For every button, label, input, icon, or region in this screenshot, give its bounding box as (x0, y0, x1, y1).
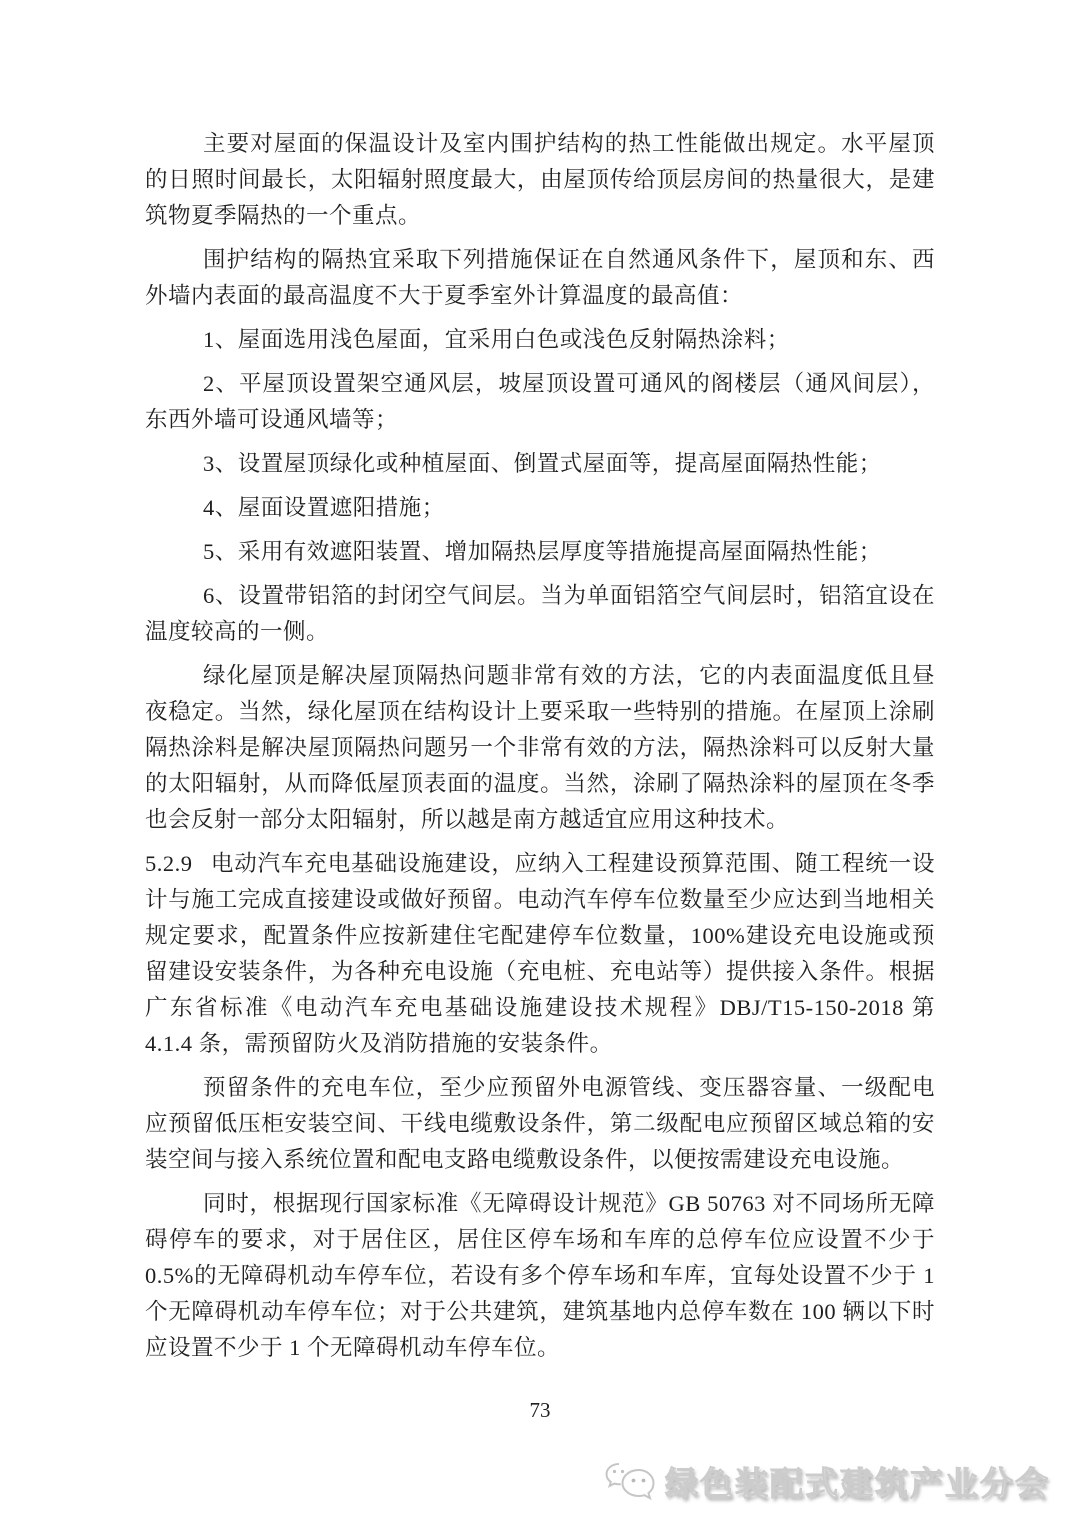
paragraph-accessible-parking: 同时，根据现行国家标准《无障碍设计规范》GB 50763 对不同场所无障碍停车的… (145, 1186, 935, 1366)
list-item-3: 3、设置屋顶绿化或种植屋面、倒置式屋面等，提高屋面隔热性能； (145, 446, 935, 482)
paragraph-envelope-measures-intro: 围护结构的隔热宜采取下列措施保证在自然通风条件下，屋顶和东、西外墙内表面的最高温… (145, 242, 935, 314)
document-page: 主要对屋面的保温设计及室内围护结构的热工性能做出规定。水平屋顶的日照时间最长，太… (0, 0, 1080, 1528)
watermark-text: 绿色装配式建筑产业分会 (665, 1458, 1050, 1505)
clause-5-2-9: 5.2.9电动汽车充电基础设施建设，应纳入工程建设预算范围、随工程统一设计与施工… (145, 846, 935, 1062)
watermark: 绿色装配式建筑产业分会 (605, 1458, 1050, 1505)
document-body: 主要对屋面的保温设计及室内围护结构的热工性能做出规定。水平屋顶的日照时间最长，太… (145, 126, 935, 1366)
paragraph-reserved-charging-spaces: 预留条件的充电车位，至少应预留外电源管线、变压器容量、一级配电应预留低压柜安装空… (145, 1070, 935, 1178)
list-item-6: 6、设置带铝箔的封闭空气间层。当为单面铝箔空气间层时，铝箔宜设在温度较高的一侧。 (145, 578, 935, 650)
list-item-2: 2、平屋顶设置架空通风层，坡屋顶设置可通风的阁楼层（通风间层），东西外墙可设通风… (145, 366, 935, 438)
clause-text: 电动汽车充电基础设施建设，应纳入工程建设预算范围、随工程统一设计与施工完成直接建… (145, 851, 935, 1056)
paragraph-green-roof: 绿化屋顶是解决屋顶隔热问题非常有效的方法，它的内表面温度低且昼夜稳定。当然，绿化… (145, 658, 935, 838)
list-item-1: 1、屋面选用浅色屋面，宜采用白色或浅色反射隔热涂料； (145, 322, 935, 358)
list-item-5: 5、采用有效遮阳装置、增加隔热层厚度等措施提高屋面隔热性能； (145, 534, 935, 570)
wechat-icon (605, 1460, 657, 1504)
paragraph-roof-insulation-intro: 主要对屋面的保温设计及室内围护结构的热工性能做出规定。水平屋顶的日照时间最长，太… (145, 126, 935, 234)
page-number: 73 (0, 1398, 1080, 1423)
clause-number: 5.2.9 (145, 851, 193, 876)
list-item-4: 4、屋面设置遮阳措施； (145, 490, 935, 526)
